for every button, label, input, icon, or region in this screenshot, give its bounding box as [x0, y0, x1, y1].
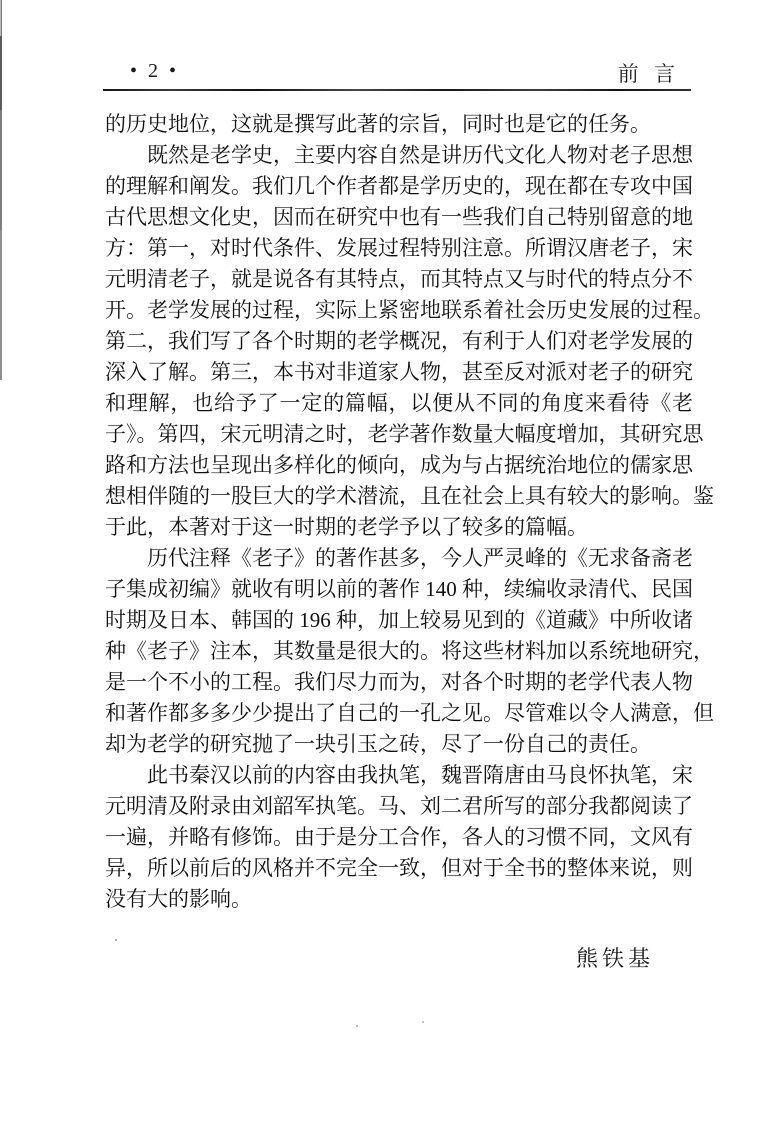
text-line: 的历史地位，这就是撰写此著的宗旨，同时也是它的任务。 [105, 109, 693, 140]
text-line: 和理解，也给予了一定的篇幅，以便从不同的角度来看待《老 [105, 388, 693, 419]
text-line: 方：第一，对时代条件、发展过程特别注意。所谓汉唐老子，宋 [105, 233, 693, 264]
text-line: 子集成初编》就收有明以前的著作 140 种，续编收录清代、民国 [105, 574, 693, 605]
text-line: 深入了解。第三，本书对非道家人物，甚至反对派对老子的研究 [105, 357, 693, 388]
text-line: 开。老学发展的过程，实际上紧密地联系着社会历史发展的过程。 [105, 295, 693, 326]
text-line: 路和方法也呈现出多样化的倾向，成为与占据统治地位的儒家思 [105, 450, 693, 481]
text-line: 元明清及附录由刘韶军执笔。马、刘二君所写的部分我都阅读了 [105, 791, 693, 822]
text-line: 想相伴随的一股巨大的学术潜流，且在社会上具有较大的影响。鉴 [105, 481, 693, 512]
text-line: 是一个不小的工程。我们尽力而为，对各个时期的老学代表人物 [105, 667, 693, 698]
scan-speck [356, 1025, 358, 1027]
scan-speck [422, 1021, 424, 1023]
scan-edge-artifact [0, 110, 2, 230]
scan-edge-artifact [0, 0, 2, 36]
text-line: 古代思想文化史，因而在研究中也有一些我们自己特别留意的地 [105, 202, 693, 233]
text-line: 时期及日本、韩国的 196 种，加上较易见到的《道藏》中所收诸 [105, 605, 693, 636]
text-line: 种《老子》注本，其数量是很大的。将这些材料加以系统地研究， [105, 636, 693, 667]
text-line: 没有大的影响。 [105, 884, 693, 915]
body-text: 的历史地位，这就是撰写此著的宗旨，同时也是它的任务。既然是老学史，主要内容自然是… [105, 109, 693, 915]
text-line: 子》。第四，宋元明清之时，老学著作数量大幅度增加，其研究思 [105, 419, 693, 450]
page-header: • 2 • 前 言 [0, 58, 784, 86]
text-line: 历代注释《老子》的著作甚多，今人严灵峰的《无求备斋老 [105, 543, 693, 574]
text-line: 此书秦汉以前的内容由我执笔，魏晋隋唐由马良怀执笔，宋 [105, 760, 693, 791]
text-line: 既然是老学史，主要内容自然是讲历代文化人物对老子思想 [105, 140, 693, 171]
text-line: 于此，本著对于这一时期的老学予以了较多的篇幅。 [105, 512, 693, 543]
scan-speck [115, 939, 117, 941]
book-page: • 2 • 前 言 的历史地位，这就是撰写此著的宗旨，同时也是它的任务。既然是老… [0, 0, 784, 1122]
text-line: 第二，我们写了各个时期的老学概况，有利于人们对老学发展的 [105, 326, 693, 357]
header-rule [103, 89, 691, 91]
text-line: 和著作都多多少少提出了自己的一孔之见。尽管难以令人满意，但 [105, 698, 693, 729]
page-number: • 2 • [130, 60, 179, 83]
text-line: 一遍，并略有修饰。由于是分工合作，各人的习惯不同，文风有 [105, 822, 693, 853]
text-line: 却为老学的研究抛了一块引玉之砖，尽了一份自己的责任。 [105, 729, 693, 760]
text-line: 异，所以前后的风格并不完全一致，但对于全书的整体来说，则 [105, 853, 693, 884]
header-title: 前 言 [618, 58, 675, 88]
author-signature: 熊铁基 [576, 942, 654, 973]
text-line: 元明清老子，就是说各有其特点，而其特点又与时代的特点分不 [105, 264, 693, 295]
scan-edge-artifact [0, 230, 2, 380]
text-line: 的理解和阐发。我们几个作者都是学历史的，现在都在专攻中国 [105, 171, 693, 202]
